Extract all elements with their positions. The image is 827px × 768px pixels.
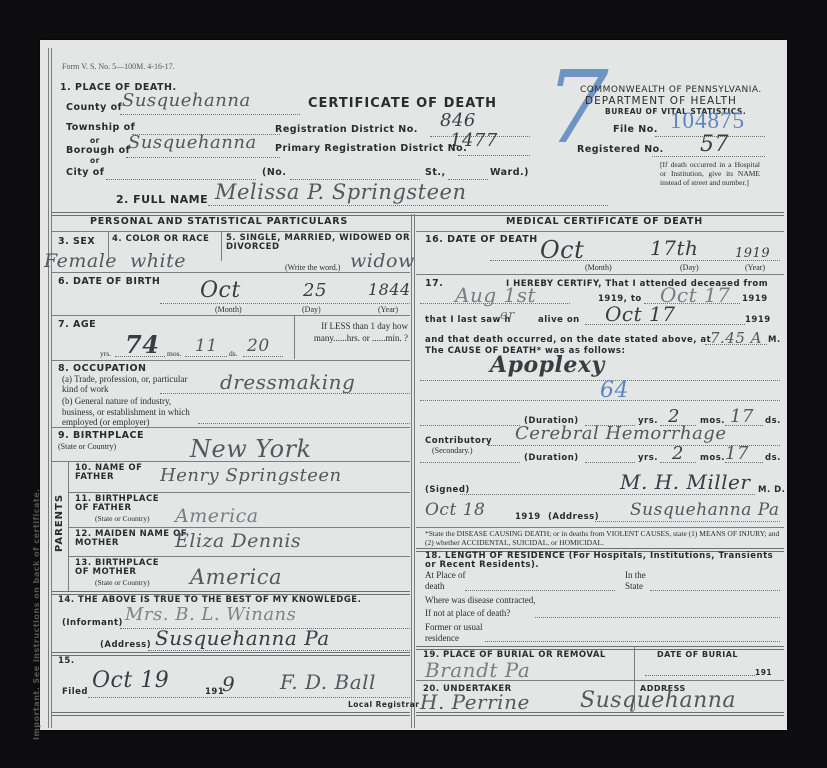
age-mos[interactable]: 11: [195, 336, 218, 356]
dod-label: 16. DATE OF DEATH: [425, 234, 538, 245]
birthplace-hint: (State or Country): [58, 442, 116, 451]
sex-value[interactable]: Female: [44, 250, 117, 272]
age-ds-label: ds.: [229, 349, 238, 358]
full-name-value[interactable]: Melissa P. Springsteen: [215, 180, 467, 204]
blue-mark: 7: [545, 58, 609, 158]
street-label: St.,: [425, 167, 446, 178]
father-bp-value[interactable]: America: [175, 505, 259, 527]
father-label: 10. NAME OF FATHER: [75, 464, 155, 482]
at-place-label: At Place of death: [425, 570, 475, 592]
dod-day-label: (Day): [680, 263, 699, 272]
filed-label: Filed: [62, 687, 88, 697]
color-value[interactable]: white: [130, 250, 186, 272]
age-yrs-label: yrs.: [100, 349, 111, 358]
borough-value[interactable]: Susquehanna: [128, 132, 257, 153]
dod-day[interactable]: 17th: [650, 236, 698, 260]
mother-bp-label: 13. BIRTHPLACE OF MOTHER: [75, 559, 165, 577]
medical-heading: MEDICAL CERTIFICATE OF DEATH: [506, 216, 703, 227]
to-year: 1919: [742, 294, 768, 304]
burial-date-label: DATE OF BURIAL: [657, 650, 738, 659]
dod-year[interactable]: 1919: [735, 246, 770, 261]
age-yrs[interactable]: 74: [125, 330, 159, 359]
primary-reg-value[interactable]: 1477: [450, 130, 498, 151]
dob-year-label: (Year): [378, 305, 398, 314]
death-time-label: and that death occurred, on the date sta…: [425, 335, 711, 345]
primary-reg-label: Primary Registration District No.: [275, 143, 467, 154]
death-time-value[interactable]: 7.45 A: [710, 329, 762, 347]
alive-on-label: alive on: [538, 315, 580, 325]
informant-address-label: (Address): [100, 640, 151, 650]
undertaker-value[interactable]: H. Perrine: [420, 690, 530, 714]
occupation-a-label: (a) Trade, profession, or, particular ki…: [62, 374, 192, 394]
ward-label: Ward.): [490, 167, 529, 178]
secondary-label: (Secondary.): [432, 446, 473, 455]
occupation-label: 8. OCCUPATION: [58, 363, 147, 374]
informant-value[interactable]: Mrs. B. L. Winans: [125, 604, 296, 625]
dur2-mos-label: mos.: [700, 453, 725, 463]
physician-signature[interactable]: M. H. Miller: [620, 470, 750, 494]
contributory-label: Contributory: [425, 436, 492, 446]
dob-day-label: (Day): [302, 305, 321, 314]
parents-label: PARENTS: [54, 494, 65, 552]
reg-district-value[interactable]: 846: [440, 110, 476, 131]
cause-footnote: *State the DISEASE CAUSING DEATH; or in …: [425, 529, 780, 547]
burial-year-prefix: 191: [755, 668, 772, 677]
dob-label: 6. DATE OF BIRTH: [58, 276, 160, 287]
reg-district-label: Registration District No.: [275, 124, 418, 135]
registered-no-value[interactable]: 57: [700, 132, 729, 157]
township-label: Township of: [66, 122, 135, 133]
borough-label: Borough of: [66, 145, 130, 156]
dob-day[interactable]: 25: [303, 280, 327, 301]
father-value[interactable]: Henry Springsteen: [160, 465, 342, 486]
md-label: M. D.: [758, 485, 785, 495]
m-label: M.: [768, 335, 781, 345]
dod-month[interactable]: Oct: [540, 236, 584, 264]
county-label: County of: [66, 102, 122, 113]
dob-month-label: (Month): [215, 305, 242, 314]
less-than-day-note: If LESS than 1 day how many......hrs. or…: [300, 320, 408, 344]
mother-bp-value[interactable]: America: [190, 565, 282, 589]
or-label-2: or: [90, 156, 100, 165]
death-certificate: Important. See instructions on back of c…: [40, 40, 787, 730]
occupation-value[interactable]: dressmaking: [220, 370, 355, 394]
marital-value[interactable]: widow: [350, 250, 415, 272]
registrar-label: Local Registrar: [348, 700, 419, 709]
dod-month-label: (Month): [585, 263, 612, 272]
filed-year-suffix[interactable]: 9: [222, 672, 235, 696]
dur1-ds[interactable]: 17: [730, 406, 754, 427]
age-ds[interactable]: 20: [247, 336, 270, 356]
file-no-value: 104875: [670, 108, 745, 134]
last-saw-label: that I last saw h: [425, 315, 511, 325]
issuer-line-1: COMMONWEALTH OF PENNSYLVANIA.: [580, 85, 762, 95]
age-mos-label: mos.: [167, 349, 181, 358]
street-no-label: (No.: [262, 167, 286, 178]
filed-date[interactable]: Oct 19: [92, 668, 169, 693]
informant-address-value[interactable]: Susquehanna Pa: [155, 626, 330, 650]
sign-address-value[interactable]: Susquehanna Pa: [630, 500, 780, 520]
dod-year-label: (Year): [745, 263, 765, 272]
registered-no-label: Registered No.: [577, 144, 664, 155]
attended-from[interactable]: Aug 1st: [455, 283, 536, 307]
undertaker-address-value[interactable]: Susquehanna: [580, 688, 736, 713]
registrar-signature[interactable]: F. D. Ball: [280, 670, 376, 694]
birthplace-value[interactable]: New York: [190, 435, 312, 463]
city-label: City of: [66, 167, 104, 178]
duration-label-2: (Duration): [524, 453, 579, 463]
father-bp-label: 11. BIRTHPLACE OF FATHER: [75, 495, 165, 513]
where-contracted-label: Where was disease contracted,: [425, 595, 535, 605]
dur2-ds[interactable]: 17: [725, 443, 749, 464]
sign-date[interactable]: Oct 18: [425, 500, 485, 520]
color-label: 4. COLOR OR RACE: [112, 234, 209, 244]
file-no-label: File No.: [613, 124, 658, 135]
form-number: Form V. S. No. 5—100M. 4-16-17.: [62, 62, 175, 71]
contributory-value[interactable]: Cerebral Hemorrhage: [515, 423, 726, 444]
last-saw-pronoun[interactable]: er: [500, 308, 515, 323]
filed-heading: 15.: [58, 656, 75, 666]
mother-bp-hint: (State or Country): [95, 578, 150, 587]
father-bp-hint: (State or Country): [95, 514, 150, 523]
certificate-title: CERTIFICATE OF DEATH: [308, 96, 497, 111]
marital-hint: (Write the word.): [285, 263, 340, 272]
informant-label: (Informant): [62, 618, 123, 628]
alive-on-value[interactable]: Oct 17: [605, 302, 675, 326]
sex-label: 3. SEX: [58, 236, 95, 247]
full-name-label: 2. FULL NAME: [116, 193, 208, 206]
issuer-line-2: DEPARTMENT OF HEALTH: [585, 95, 737, 107]
border-left: [48, 48, 49, 728]
personal-heading: PERSONAL AND STATISTICAL PARTICULARS: [90, 216, 348, 227]
border-left-inner: [51, 48, 52, 728]
dur2-yrs-label: yrs.: [638, 453, 658, 463]
if-not-label: If not at place of death?: [425, 608, 510, 618]
dur2-mos[interactable]: 2: [672, 443, 684, 464]
certify-number: 17.: [425, 278, 443, 289]
county-value[interactable]: Susquehanna: [122, 90, 251, 111]
burial-place-value[interactable]: Brandt Pa: [425, 658, 530, 682]
or-label-1: or: [90, 136, 100, 145]
in-state-label: In the State: [625, 570, 665, 592]
hospital-note: [If death occurred in a Hospital or Inst…: [660, 160, 760, 187]
birthplace-label: 9. BIRTHPLACE: [58, 430, 144, 441]
residence-heading: 18. LENGTH OF RESIDENCE (For Hospitals, …: [425, 552, 775, 570]
side-instruction-note: Important. See instructions on back of c…: [32, 380, 41, 740]
mother-value[interactable]: Eliza Dennis: [175, 530, 301, 552]
sign-year: 1919: [515, 512, 541, 522]
age-label: 7. AGE: [58, 319, 96, 330]
dur2-ds-label: ds.: [765, 453, 781, 463]
occupation-b-label: (b) General nature of industry, business…: [62, 396, 197, 428]
dob-month[interactable]: Oct: [200, 278, 241, 303]
sign-address-label: (Address): [548, 512, 599, 522]
dur1-ds-label: ds.: [765, 416, 781, 426]
cause-value[interactable]: Apoplexy: [490, 352, 605, 378]
alive-year: 1919: [745, 315, 771, 325]
dob-year[interactable]: 1844: [368, 280, 411, 299]
